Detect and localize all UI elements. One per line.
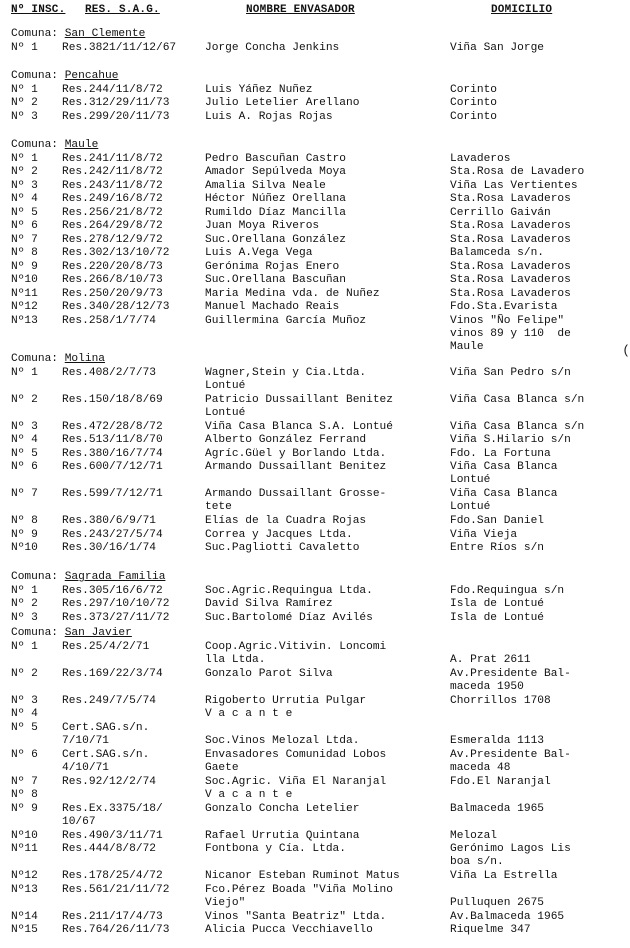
comuna-heading: Comuna: Maule <box>11 139 98 153</box>
sag-resolution: Res.92/12/2/74 <box>62 776 204 789</box>
sag-resolution: Res.408/2/7/73 <box>62 367 204 380</box>
address: Viña Vieja <box>450 529 630 542</box>
address: Av.Balmaceda 1965 <box>450 911 630 924</box>
inscription-number: Nº10 <box>11 830 59 843</box>
comuna-label: Comuna: <box>11 70 65 82</box>
inscription-number: Nº 1 <box>11 84 59 97</box>
sag-resolution: Res.380/16/7/74 <box>62 448 204 461</box>
comuna-name: Sagrada Familia <box>65 571 166 583</box>
address: Isla de Lontué <box>450 598 630 611</box>
address: Viña Casa Blanca Lontué <box>450 461 630 488</box>
inscription-number: Nº 6 <box>11 749 59 762</box>
inscription-number: Nº 9 <box>11 261 59 274</box>
inscription-number: Nº 3 <box>11 111 59 124</box>
sag-resolution: Res.250/20/9/73 <box>62 288 204 301</box>
sag-resolution: Res.373/27/11/72 <box>62 612 204 625</box>
comuna-heading: Comuna: Molina <box>11 353 105 367</box>
margin-mark: ( <box>622 344 630 357</box>
inscription-number: Nº 9 <box>11 529 59 542</box>
bottler-name: Gerónima Rojas Enero <box>205 261 450 274</box>
sag-resolution: Res.305/16/6/72 <box>62 585 204 598</box>
inscription-number: Nº 1 <box>11 585 59 598</box>
sag-resolution: Res.211/17/4/73 <box>62 911 204 924</box>
bottler-name: Guillermina García Muñoz <box>205 315 450 328</box>
address: Corinto <box>450 97 630 110</box>
inscription-number: Nº 7 <box>11 488 59 501</box>
sag-resolution: Cert.SAG.s/n. 7/10/71 <box>62 722 204 749</box>
address: Cerrillo Gaiván <box>450 207 630 220</box>
sag-resolution: Res.297/10/10/72 <box>62 598 204 611</box>
sag-resolution: Res.380/6/9/71 <box>62 515 204 528</box>
address: Lavaderos <box>450 153 630 166</box>
bottler-name: Correa y Jacques Ltda. <box>205 529 450 542</box>
sag-resolution: Res.302/13/10/72 <box>62 247 204 260</box>
address: Entre Ríos s/n <box>450 542 630 555</box>
address: Corinto <box>450 111 630 124</box>
sag-resolution: Res.243/27/5/74 <box>62 529 204 542</box>
bottler-name: Amador Sepúlveda Moya <box>205 166 450 179</box>
document-page: Nº INSC. RES. S.A.G. NOMBRE ENVASADOR DO… <box>0 0 630 948</box>
sag-resolution: Res.490/3/11/71 <box>62 830 204 843</box>
bottler-name: Suc.Orellana González <box>205 234 450 247</box>
address: Isla de Lontué <box>450 612 630 625</box>
sag-resolution: Res.178/25/4/72 <box>62 870 204 883</box>
bottler-name: Patricio Dussaillant Benitez Lontué <box>205 394 450 421</box>
address: Sta.Rosa Lavaderos <box>450 261 630 274</box>
sag-resolution: Res.3821/11/12/67 <box>62 42 204 55</box>
bottler-name: Armando Dussaillant Benitez <box>205 461 450 474</box>
bottler-name: Rigoberto Urrutia Pulgar <box>205 695 450 708</box>
inscription-number: Nº 7 <box>11 776 59 789</box>
address: Sta.Rosa Lavaderos <box>450 288 630 301</box>
sag-resolution: Res.600/7/12/71 <box>62 461 204 474</box>
inscription-number: Nº15 <box>11 924 59 937</box>
address: Viña Casa Blanca Lontué <box>450 488 630 515</box>
address: Pulluquen 2675 <box>450 884 630 911</box>
comuna-heading: Comuna: Sagrada Familia <box>11 571 165 585</box>
bottler-name: V a c a n t e <box>205 789 450 802</box>
address: Viña Casa Blanca s/n <box>450 421 630 434</box>
bottler-name: Soc.Vinos Melozal Ltda. <box>205 722 450 749</box>
bottler-name: Rumildo Díaz Mancilla <box>205 207 450 220</box>
comuna-label: Comuna: <box>11 28 65 40</box>
inscription-number: Nº 2 <box>11 97 59 110</box>
sag-resolution: Res.312/29/11/73 <box>62 97 204 110</box>
bottler-name: Soc.Agric. Viña El Naranjal <box>205 776 450 789</box>
inscription-number: Nº 3 <box>11 180 59 193</box>
sag-resolution: Res.25/4/2/71 <box>62 641 204 654</box>
sag-resolution: Res.258/1/7/74 <box>62 315 204 328</box>
comuna-heading: Comuna: Pencahue <box>11 70 118 84</box>
address: Fdo.El Naranjal <box>450 776 630 789</box>
sag-resolution: Res.256/21/8/72 <box>62 207 204 220</box>
bottler-name: Nicanor Esteban Ruminot Matus <box>205 870 450 883</box>
inscription-number: Nº12 <box>11 870 59 883</box>
inscription-number: Nº 4 <box>11 434 59 447</box>
inscription-number: Nº 1 <box>11 367 59 380</box>
address: Sta.Rosa Lavaderos <box>450 193 630 206</box>
comuna-label: Comuna: <box>11 627 65 639</box>
comuna-name: San Javier <box>65 627 132 639</box>
address: Av.Presidente Bal- maceda 1950 <box>450 668 630 695</box>
address: Viña La Estrella <box>450 870 630 883</box>
inscription-number: Nº 6 <box>11 220 59 233</box>
bottler-name: Soc.Agric.Requingua Ltda. <box>205 585 450 598</box>
inscription-number: Nº 2 <box>11 394 59 407</box>
comuna-label: Comuna: <box>11 353 65 365</box>
bottler-name: Luis A. Rojas Rojas <box>205 111 450 124</box>
address: Viña Las Vertientes <box>450 180 630 193</box>
bottler-name: Suc.Pagliotti Cavaletto <box>205 542 450 555</box>
bottler-name: Agríc.Güel y Borlando Ltda. <box>205 448 450 461</box>
bottler-name: Fontbona y Cía. Ltda. <box>205 843 450 856</box>
inscription-number: Nº11 <box>11 288 59 301</box>
address: Sta.Rosa Lavaderos <box>450 274 630 287</box>
inscription-number: Nº 5 <box>11 207 59 220</box>
bottler-name: Gonzalo Concha Letelier <box>205 803 450 816</box>
sag-resolution: Res.764/26/11/73 <box>62 924 204 937</box>
bottler-name: Alberto González Ferrand <box>205 434 450 447</box>
header-res-sag: RES. S.A.G. <box>85 4 160 18</box>
bottler-name: Gonzalo Parot Silva <box>205 668 450 681</box>
header-nombre-envasador: NOMBRE ENVASADOR <box>246 4 355 18</box>
bottler-name: Julio Letelier Arellano <box>205 97 450 110</box>
comuna-label: Comuna: <box>11 571 65 583</box>
inscription-number: Nº 7 <box>11 234 59 247</box>
sag-resolution: Res.444/8/8/72 <box>62 843 204 856</box>
sag-resolution: Res.241/11/8/72 <box>62 153 204 166</box>
sag-resolution: Res.264/29/8/72 <box>62 220 204 233</box>
inscription-number: Nº13 <box>11 315 59 328</box>
bottler-name: Héctor Núñez Orellana <box>205 193 450 206</box>
sag-resolution: Res.472/28/8/72 <box>62 421 204 434</box>
header-no-inscripcion: Nº INSC. <box>11 4 65 18</box>
address: Sta.Rosa Lavaderos <box>450 220 630 233</box>
bottler-name: David Silva Ramírez <box>205 598 450 611</box>
bottler-name: Suc.Bartolomé Díaz Avilés <box>205 612 450 625</box>
address: Viña San Jorge <box>450 42 630 55</box>
inscription-number: Nº 1 <box>11 153 59 166</box>
inscription-number: Nº 2 <box>11 668 59 681</box>
bottler-name: Amalia Silva Neale <box>205 180 450 193</box>
address: Chorrillos 1708 <box>450 695 630 708</box>
address: A. Prat 2611 <box>450 641 630 668</box>
inscription-number: Nº 2 <box>11 598 59 611</box>
address: Viña Casa Blanca s/n <box>450 394 630 407</box>
bottler-name: Manuel Machado Reais <box>205 301 450 314</box>
bottler-name: Vinos "Santa Beatriz" Ltda. <box>205 911 450 924</box>
bottler-name: Pedro Bascuñan Castro <box>205 153 450 166</box>
address: Sta.Rosa de Lavadero <box>450 166 630 179</box>
bottler-name: Viña Casa Blanca S.A. Lontué <box>205 421 450 434</box>
address: Viña S.Hilario s/n <box>450 434 630 447</box>
inscription-number: Nº 8 <box>11 789 59 802</box>
address: Corinto <box>450 84 630 97</box>
bottler-name: Coop.Agric.Vitivin. Loncomi lla Ltda. <box>205 641 450 668</box>
sag-resolution: Res.243/11/8/72 <box>62 180 204 193</box>
address: Av.Presidente Bal- maceda 48 <box>450 749 630 776</box>
bottler-name: Luis Yáñez Nuñez <box>205 84 450 97</box>
inscription-number: Nº 3 <box>11 695 59 708</box>
address: Esmeralda 1113 <box>450 722 630 749</box>
bottler-name: Fco.Pérez Boada "Viña Molino Viejo" <box>205 884 450 911</box>
bottler-name: Envasadores Comunidad Lobos Gaete <box>205 749 450 776</box>
inscription-number: Nº 3 <box>11 421 59 434</box>
sag-resolution: Res.Ex.3375/18/ 10/67 <box>62 803 204 830</box>
bottler-name: Juan Moya Riveros <box>205 220 450 233</box>
inscription-number: Nº 5 <box>11 448 59 461</box>
inscription-number: Nº 1 <box>11 42 59 55</box>
address: Melozal <box>450 830 630 843</box>
sag-resolution: Cert.SAG.s/n. 4/10/71 <box>62 749 204 776</box>
inscription-number: Nº 1 <box>11 641 59 654</box>
inscription-number: Nº 6 <box>11 461 59 474</box>
inscription-number: Nº 3 <box>11 612 59 625</box>
sag-resolution: Res.244/11/8/72 <box>62 84 204 97</box>
sag-resolution: Res.299/20/11/73 <box>62 111 204 124</box>
bottler-name: Alicia Pucca Vecchiavello <box>205 924 450 937</box>
sag-resolution: Res.169/22/3/74 <box>62 668 204 681</box>
inscription-number: Nº 5 <box>11 722 59 735</box>
bottler-name: Maria Medina vda. de Nuñez <box>205 288 450 301</box>
sag-resolution: Res.249/16/8/72 <box>62 193 204 206</box>
inscription-number: Nº10 <box>11 542 59 555</box>
address: Balmaceda 1965 <box>450 803 630 816</box>
sag-resolution: Res.266/8/10/73 <box>62 274 204 287</box>
comuna-heading: Comuna: San Javier <box>11 627 132 641</box>
sag-resolution: Res.220/20/8/73 <box>62 261 204 274</box>
address: Fdo. La Fortuna <box>450 448 630 461</box>
inscription-number: Nº14 <box>11 911 59 924</box>
bottler-name: Suc.Orellana Bascuñan <box>205 274 450 287</box>
inscription-number: Nº 4 <box>11 193 59 206</box>
bottler-name: V a c a n t e <box>205 708 450 721</box>
comuna-heading: Comuna: San Clemente <box>11 28 145 42</box>
inscription-number: Nº10 <box>11 274 59 287</box>
inscription-number: Nº 9 <box>11 803 59 816</box>
bottler-name: Jorge Concha Jenkins <box>205 42 450 55</box>
address: Viña San Pedro s/n <box>450 367 630 380</box>
sag-resolution: Res.242/11/8/72 <box>62 166 204 179</box>
address: Fdo.Requingua s/n <box>450 585 630 598</box>
address: Fdo.Sta.Evarista <box>450 301 630 314</box>
bottler-name: Wagner,Stein y Cia.Ltda. Lontué <box>205 367 450 394</box>
sag-resolution: Res.513/11/8/70 <box>62 434 204 447</box>
header-domicilio: DOMICILIO <box>491 4 552 18</box>
address: Gerónimo Lagos Lis boa s/n. <box>450 843 630 870</box>
sag-resolution: Res.150/18/8/69 <box>62 394 204 407</box>
bottler-name: Rafael Urrutia Quintana <box>205 830 450 843</box>
inscription-number: Nº12 <box>11 301 59 314</box>
sag-resolution: Res.249/7/5/74 <box>62 695 204 708</box>
address: Sta.Rosa Lavaderos <box>450 234 630 247</box>
address: Riquelme 347 <box>450 924 630 937</box>
comuna-name: Molina <box>65 353 105 365</box>
bottler-name: Elías de la Cuadra Rojas <box>205 515 450 528</box>
inscription-number: Nº13 <box>11 884 59 897</box>
sag-resolution: Res.278/12/9/72 <box>62 234 204 247</box>
inscription-number: Nº 4 <box>11 708 59 721</box>
comuna-name: San Clemente <box>65 28 146 40</box>
comuna-name: Maule <box>65 139 99 151</box>
sag-resolution: Res.561/21/11/72 <box>62 884 204 897</box>
address: Vinos "Ño Felipe" vinos 89 y 110 de Maul… <box>450 315 630 355</box>
sag-resolution: Res.30/16/1/74 <box>62 542 204 555</box>
inscription-number: Nº11 <box>11 843 59 856</box>
inscription-number: Nº 2 <box>11 166 59 179</box>
bottler-name: Armando Dussaillant Grosse- tete <box>205 488 450 515</box>
comuna-label: Comuna: <box>11 139 65 151</box>
inscription-number: Nº 8 <box>11 247 59 260</box>
address: Balamceda s/n. <box>450 247 630 260</box>
sag-resolution: Res.599/7/12/71 <box>62 488 204 501</box>
inscription-number: Nº 8 <box>11 515 59 528</box>
sag-resolution: Res.340/28/12/73 <box>62 301 204 314</box>
address: Fdo.San Daniel <box>450 515 630 528</box>
bottler-name: Luis A.Vega Vega <box>205 247 450 260</box>
comuna-name: Pencahue <box>65 70 119 82</box>
